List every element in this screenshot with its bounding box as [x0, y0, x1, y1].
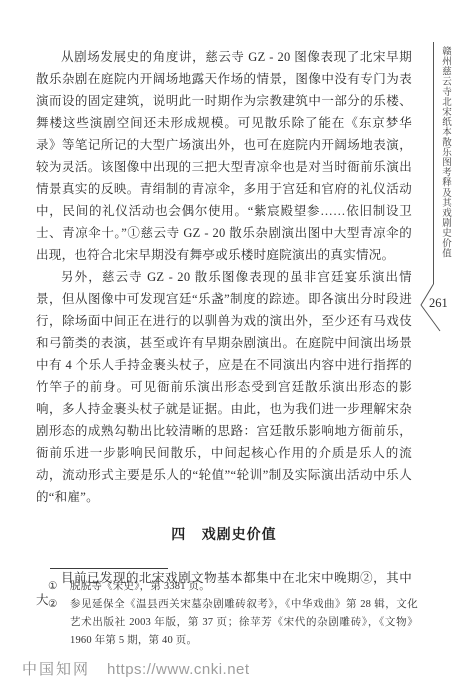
cnki-brand-label: 中国知网: [22, 661, 90, 678]
footnote-divider: [50, 568, 168, 569]
body-paragraph-2: 另外，慈云寺 GZ - 20 散乐图像表现的虽非宫廷宴乐演出情景，但从图像中可发…: [36, 266, 412, 508]
scanned-paper-page: 从剧场发展史的角度讲，慈云寺 GZ - 20 图像表现了北宋早期散乐杂剧在庭院内…: [0, 0, 476, 695]
cnki-watermark: 中国知网https://www.cnki.net: [22, 658, 250, 679]
running-title-vertical: 赣州慈云寺北宋纸本散乐图考释及其戏剧史价值: [438, 46, 452, 261]
footnote-item: ② 参见延保全《温县西关宋墓杂剧雕砖叙考》，《中华戏曲》第 28 辑，文化艺术出…: [36, 596, 418, 650]
footnote-section: ① 脱脱等《宋史》，第 3381 页。 ② 参见延保全《温县西关宋墓杂剧雕砖叙考…: [36, 568, 418, 650]
footnote-item: ① 脱脱等《宋史》，第 3381 页。: [36, 578, 418, 596]
section-heading: 四戏剧史价值: [36, 524, 412, 544]
section-heading-number: 四: [171, 528, 186, 543]
body-paragraph-1: 从剧场发展史的角度讲，慈云寺 GZ - 20 图像表现了北宋早期散乐杂剧在庭院内…: [36, 46, 412, 266]
footnote-marker: ①: [48, 578, 70, 596]
main-text-column: 从剧场发展史的角度讲，慈云寺 GZ - 20 图像表现了北宋早期散乐杂剧在庭院内…: [36, 46, 412, 611]
footnote-text: 脱脱等《宋史》，第 3381 页。: [70, 578, 418, 596]
cnki-url-label: https://www.cnki.net: [107, 661, 250, 678]
footnote-text: 参见延保全《温县西关宋墓杂剧雕砖叙考》，《中华戏曲》第 28 辑，文化艺术出版社…: [70, 596, 418, 650]
page-number: 261: [429, 296, 448, 311]
footnote-marker: ②: [48, 596, 70, 650]
section-heading-title: 戏剧史价值: [202, 528, 277, 543]
